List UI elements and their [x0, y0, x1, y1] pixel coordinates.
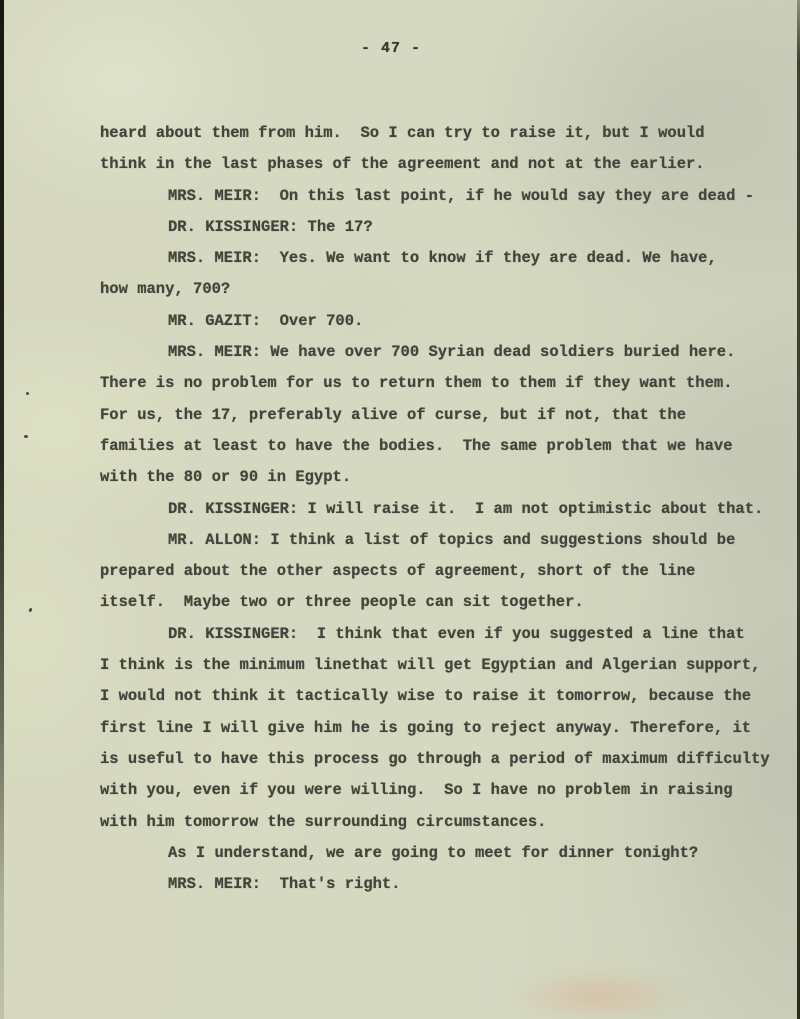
transcript-line: I would not think it tactically wise to … — [100, 681, 790, 712]
transcript-line: with you, even if you were willing. So I… — [100, 775, 790, 806]
scan-edge-left — [0, 0, 4, 1019]
transcript-line: For us, the 17, preferably alive of curs… — [100, 400, 790, 431]
transcript-line: first line I will give him he is going t… — [100, 713, 790, 744]
transcript-line: prepared about the other aspects of agre… — [100, 556, 790, 587]
transcript-line: is useful to have this process go throug… — [100, 744, 790, 775]
transcript-line: MRS. MEIR: On this last point, if he wou… — [100, 181, 790, 212]
scanned-document-page: - 47 - heard about them from him. So I c… — [0, 0, 800, 1019]
transcript-line: I think is the minimum linethat will get… — [100, 650, 790, 681]
page-number: - 47 - — [0, 40, 791, 57]
transcript-line: MRS. MEIR: Yes. We want to know if they … — [100, 243, 790, 274]
transcript-line: families at least to have the bodies. Th… — [100, 431, 790, 462]
transcript-line: There is no problem for us to return the… — [100, 368, 790, 399]
scan-smudge — [505, 968, 690, 1019]
transcript-line: As I understand, we are going to meet fo… — [100, 838, 790, 869]
ink-speck — [26, 392, 29, 395]
transcript-line: think in the last phases of the agreemen… — [100, 149, 790, 180]
transcript-line: with the 80 or 90 in Egypt. — [100, 462, 790, 493]
transcript-line: with him tomorrow the surrounding circum… — [100, 807, 790, 838]
ink-speck — [24, 435, 28, 438]
transcript-line: MRS. MEIR: That's right. — [100, 869, 790, 900]
transcript-line: MRS. MEIR: We have over 700 Syrian dead … — [100, 337, 790, 368]
transcript-line: itself. Maybe two or three people can si… — [100, 587, 790, 618]
transcript-line: MR. GAZIT: Over 700. — [100, 306, 790, 337]
transcript-lines: heard about them from him. So I can try … — [100, 118, 790, 900]
ink-speck — [28, 608, 32, 613]
transcript-line: DR. KISSINGER: I think that even if you … — [100, 619, 790, 650]
transcript-line: DR. KISSINGER: The 17? — [100, 212, 790, 243]
transcript-line: heard about them from him. So I can try … — [100, 118, 790, 149]
transcript-line: how many, 700? — [100, 274, 790, 305]
transcript-line: MR. ALLON: I think a list of topics and … — [100, 525, 790, 556]
transcript-line: DR. KISSINGER: I will raise it. I am not… — [100, 494, 790, 525]
